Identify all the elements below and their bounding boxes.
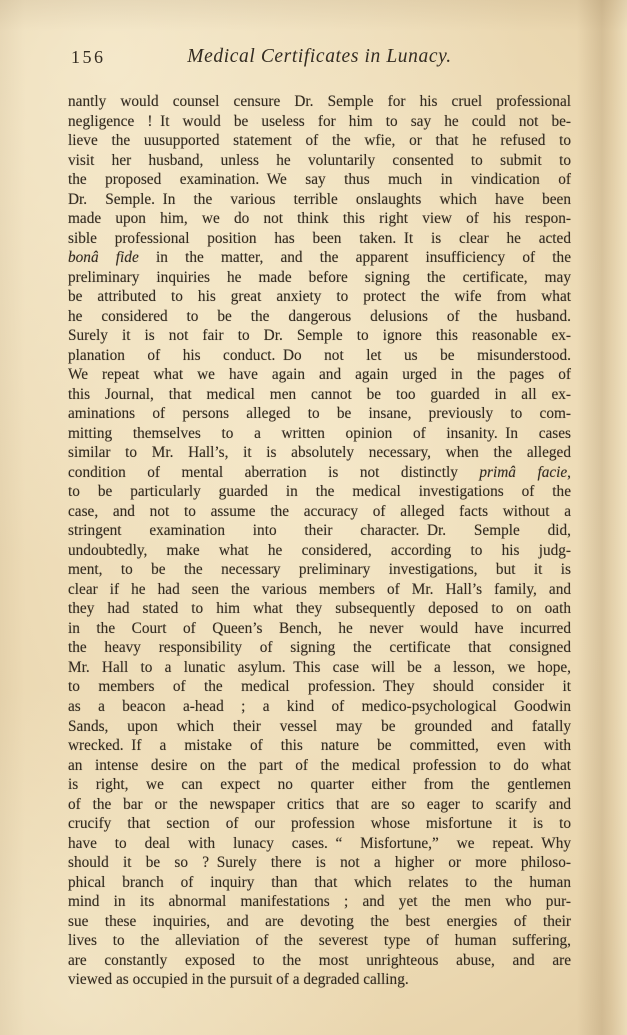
text-line: be attributed to his great anxiety to pr…: [68, 287, 571, 307]
text-line: made upon him, we do not think this righ…: [68, 209, 571, 229]
text-line: have to deal with lunacy cases. “ Misfor…: [68, 834, 571, 854]
text-line: crucify that section of our profession w…: [68, 814, 571, 834]
text-line: nantly would counsel censure Dr. Semple …: [68, 92, 571, 112]
text-line: to be particularly guarded in the medica…: [68, 482, 571, 502]
text-line: visit her husband, unless he voluntarily…: [68, 151, 571, 171]
text-line: in the Court of Queen’s Bench, he never …: [68, 619, 571, 639]
text-line: similar to Mr. Hall’s, it is absolutely …: [68, 443, 571, 463]
text-line: Dr. Semple. In the various terrible onsl…: [68, 190, 571, 210]
text-line: lieve the uusupported statement of the w…: [68, 131, 571, 151]
text-line: he considered to be the dangerous delusi…: [68, 307, 571, 327]
text-line: preliminary inquiries he made before sig…: [68, 268, 571, 288]
text-line: sue these inquiries, and are devoting th…: [68, 912, 571, 932]
text-line: condition of mental aberration is not di…: [68, 463, 571, 483]
text-line: wrecked. If a mistake of this nature be …: [68, 736, 571, 756]
text-line: are constantly exposed to the most unrig…: [68, 951, 571, 971]
text-line: they had stated to him what they subsequ…: [68, 599, 571, 619]
text-line: should it be so ? Surely there is not a …: [68, 853, 571, 873]
text-line: an intense desire on the part of the med…: [68, 756, 571, 776]
running-title: Medical Certificates in Lunacy.: [68, 46, 571, 68]
text-line: sible professional position has been tak…: [68, 229, 571, 249]
text-line: this Journal, that medical men cannot be…: [68, 385, 571, 405]
text-line: Surely it is not fair to Dr. Semple to i…: [68, 326, 571, 346]
text-line: Mr. Hall to a lunatic asylum. This case …: [68, 658, 571, 678]
text-line: the proposed examination. We say thus mu…: [68, 170, 571, 190]
body-text: nantly would counsel censure Dr. Semple …: [68, 92, 571, 990]
text-line: negligence ! It would be useless for him…: [68, 112, 571, 132]
text-line: viewed as occupied in the pursuit of a d…: [68, 970, 571, 990]
text-line: mind in its abnormal manifestations ; an…: [68, 892, 571, 912]
text-line: to members of the medical profession. Th…: [68, 677, 571, 697]
text-line: aminations of persons alleged to be insa…: [68, 404, 571, 424]
text-line: We repeat what we have again and again u…: [68, 365, 571, 385]
page-header: 156 Medical Certificates in Lunacy.: [68, 46, 571, 72]
text-line: planation of his conduct. Do not let us …: [68, 346, 571, 366]
text-line: is right, we can expect no quarter eithe…: [68, 775, 571, 795]
page-number: 156: [71, 47, 106, 68]
text-line: of the bar or the newspaper critics that…: [68, 795, 571, 815]
text-line: case, and not to assume the accuracy of …: [68, 502, 571, 522]
text-line: ment, to be the necessary preliminary in…: [68, 560, 571, 580]
text-line: phical branch of inquiry than that which…: [68, 873, 571, 893]
text-line: as a beacon a-head ; a kind of medico-ps…: [68, 697, 571, 717]
text-line: bonâ fide in the matter, and the apparen…: [68, 248, 571, 268]
book-page-scan: 156 Medical Certificates in Lunacy. nant…: [0, 0, 627, 1035]
text-line: mitting themselves to a written opinion …: [68, 424, 571, 444]
text-line: undoubtedly, make what he considered, ac…: [68, 541, 571, 561]
text-line: Sands, upon which their vessel may be gr…: [68, 717, 571, 737]
text-line: lives to the alleviation of the severest…: [68, 931, 571, 951]
text-line: the heavy responsibility of signing the …: [68, 638, 571, 658]
text-line: clear if he had seen the various members…: [68, 580, 571, 600]
text-line: stringent examination into their charact…: [68, 521, 571, 541]
